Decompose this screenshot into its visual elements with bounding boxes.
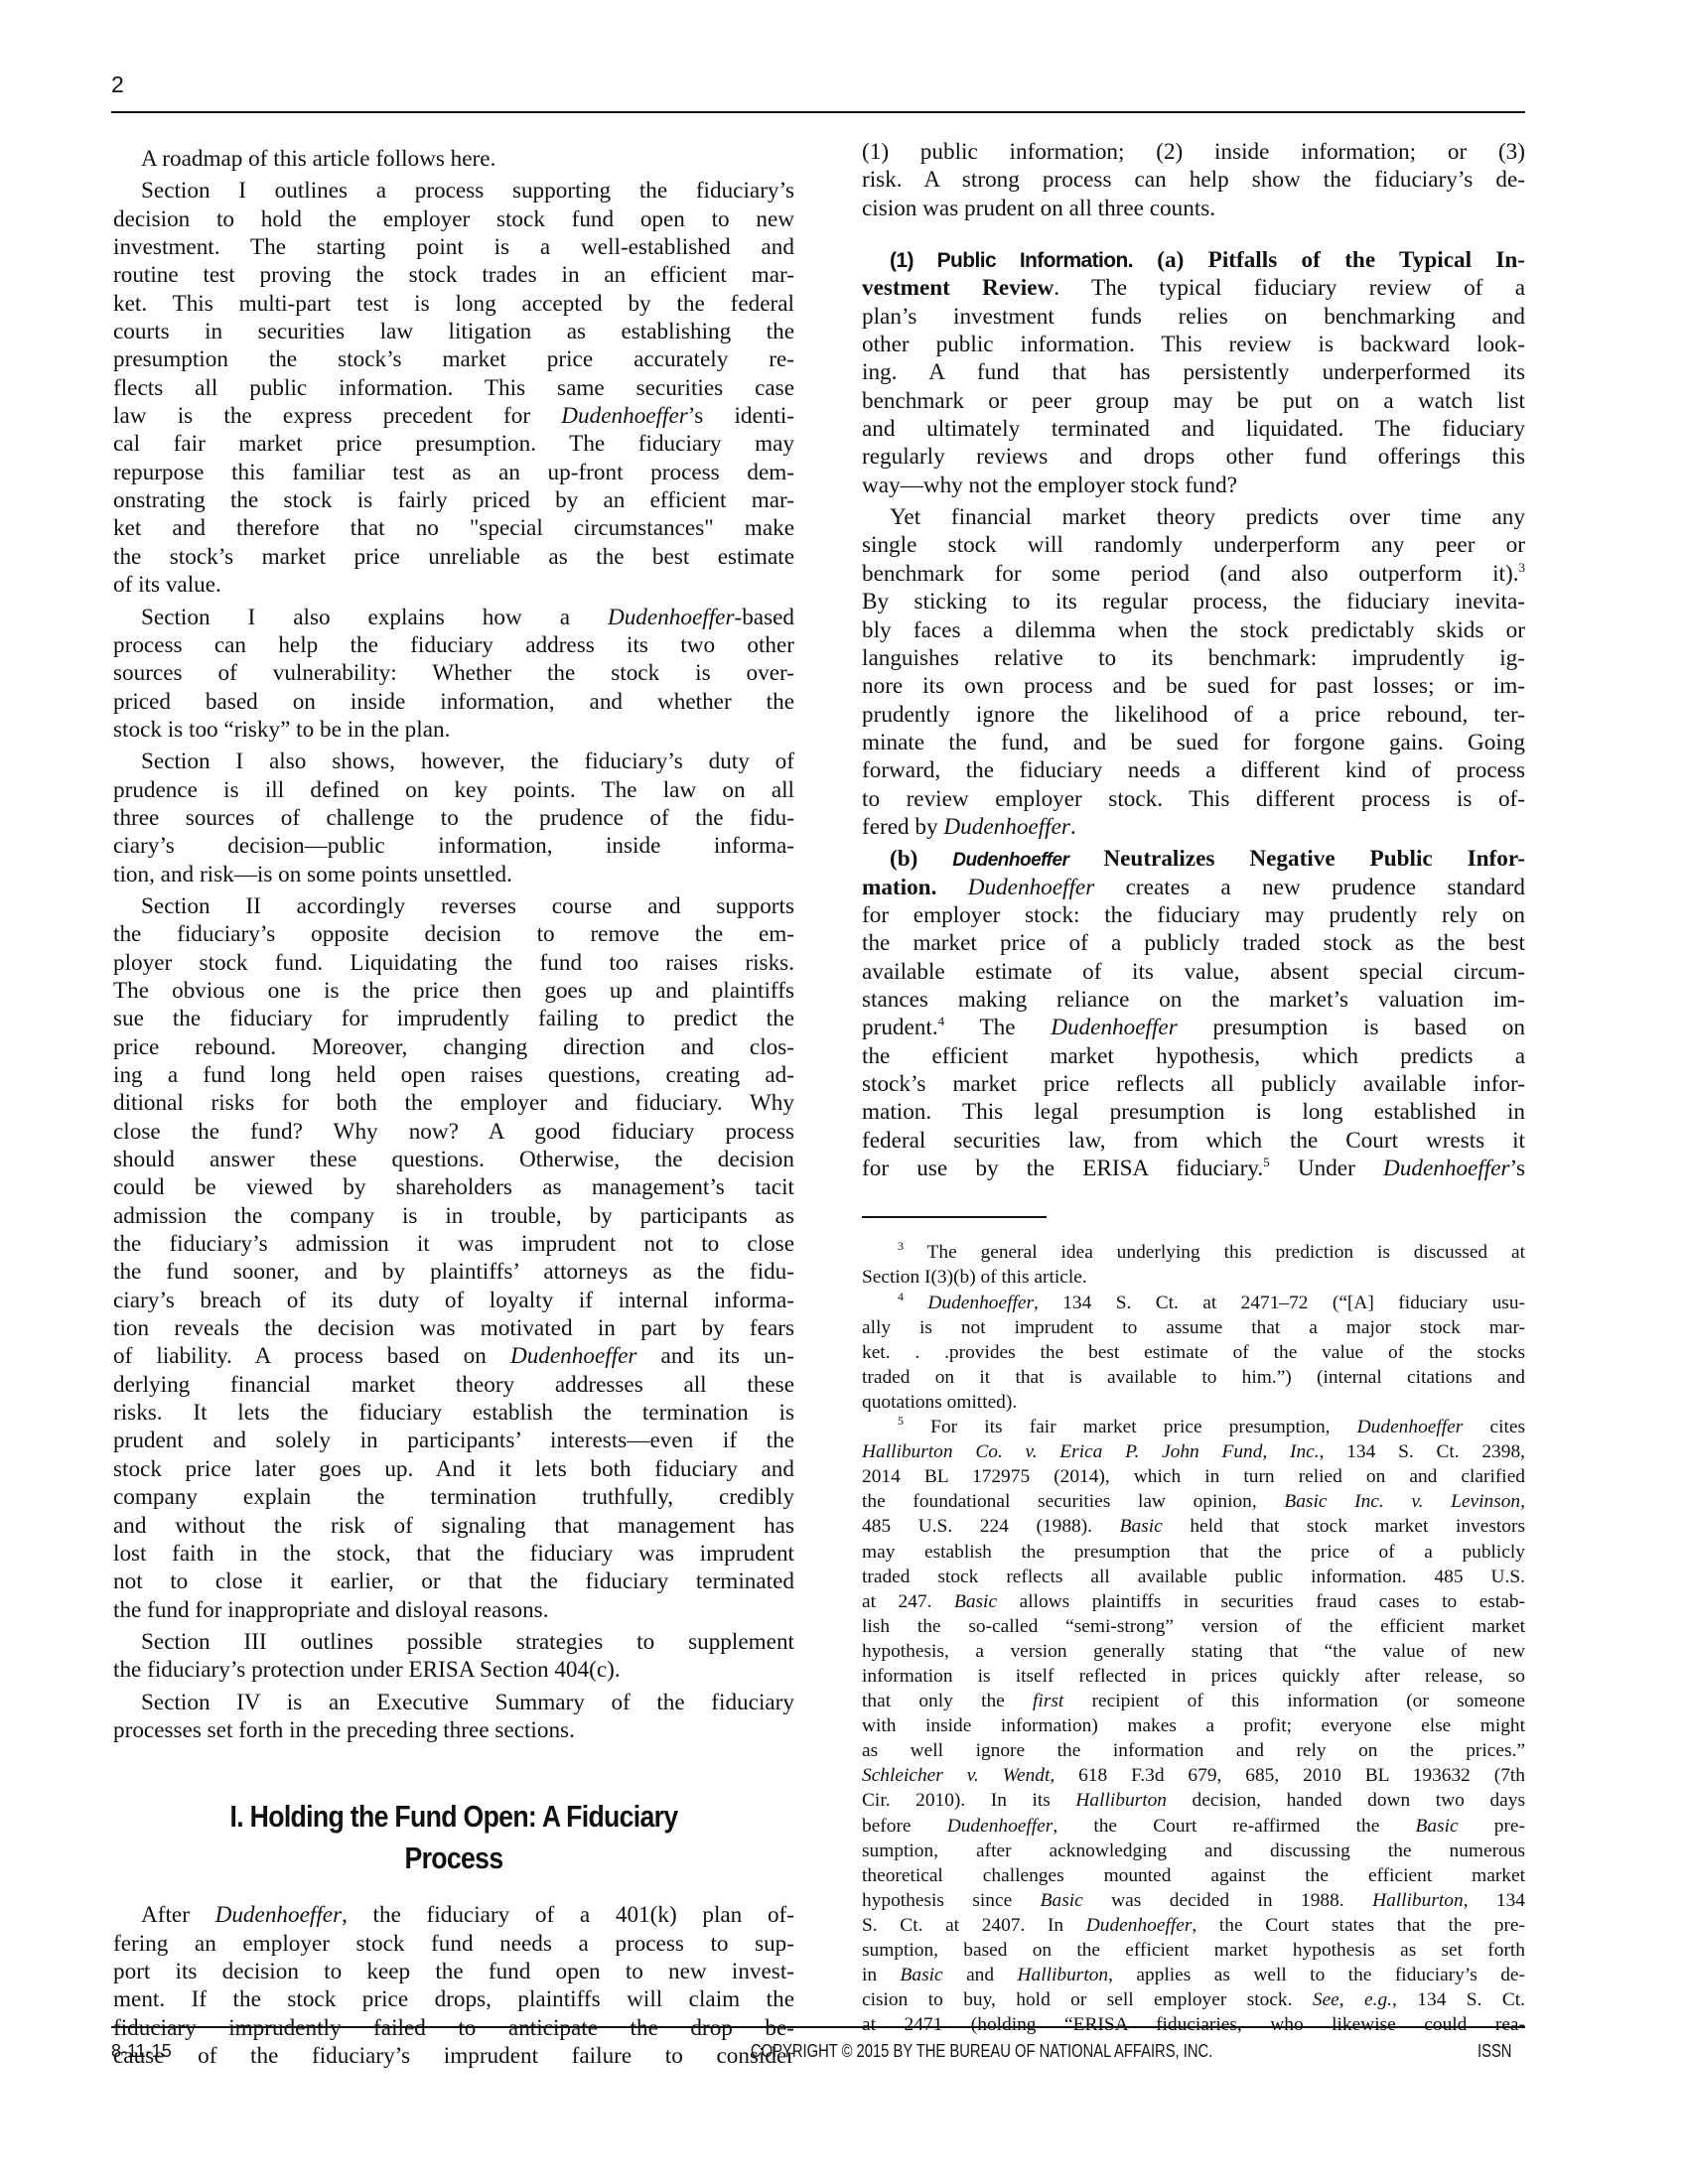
text-line: for employer stock: the fiduciary may pr… bbox=[862, 901, 1525, 929]
text-run: Yet financial market theory predicts ove… bbox=[890, 504, 1525, 530]
text-run: Section II accordingly reverses course a… bbox=[141, 893, 794, 919]
text-line: 485 U.S. 224 (1988). Basic held that sto… bbox=[862, 1514, 1525, 1539]
text-run: sue the fiduciary for imprudently failin… bbox=[113, 1006, 794, 1031]
text-run: bly faces a dilemma when the stock predi… bbox=[862, 617, 1525, 643]
text-run: Dudenhoeffer bbox=[927, 1293, 1034, 1313]
text-run: Basic bbox=[1416, 1816, 1459, 1837]
text-run: the efficient market hypothesis, which p… bbox=[862, 1043, 1525, 1069]
text-run: that only the bbox=[862, 1691, 1033, 1711]
text-line: ployer stock fund. Liquidating the fund … bbox=[113, 949, 794, 977]
text-run: cision was prudent on all three counts. bbox=[862, 196, 1215, 221]
text-run: the fund sooner, and by plaintiffs’ atto… bbox=[113, 1259, 794, 1285]
text-run: priced based on inside information, and … bbox=[113, 689, 794, 715]
text-line: for use by the ERISA fiduciary.5 Under D… bbox=[862, 1155, 1525, 1182]
text-run: By sticking to its regular process, the … bbox=[862, 589, 1525, 614]
text-run: forward, the fiduciary needs a different… bbox=[862, 757, 1525, 783]
text-line: onstrating the stock is fairly priced by… bbox=[113, 486, 794, 514]
text-run: prudent and solely in participants’ inte… bbox=[113, 1428, 794, 1453]
text-line: the fiduciary’s opposite decision to rem… bbox=[113, 920, 794, 948]
text-run: the stock’s market price unreliable as t… bbox=[113, 544, 794, 570]
text-run: law is the express precedent for bbox=[113, 403, 561, 429]
text-run: way—why not the employer stock fund? bbox=[862, 473, 1237, 498]
text-line: By sticking to its regular process, the … bbox=[862, 588, 1525, 615]
text-run: , the Court re-affirmed the bbox=[1053, 1816, 1415, 1837]
text-line: hypothesis since Basic was decided in 19… bbox=[862, 1888, 1525, 1913]
text-run: , 618 F.3d 679, 685, 2010 BL 193632 (7th bbox=[1050, 1765, 1525, 1786]
footnote-rule bbox=[862, 1216, 1047, 1218]
text-run: stances making reliance on the market’s … bbox=[862, 987, 1525, 1013]
text-line: Schleicher v. Wendt, 618 F.3d 679, 685, … bbox=[862, 1763, 1525, 1788]
text-run bbox=[936, 875, 967, 900]
text-run: onstrating the stock is fairly priced by… bbox=[113, 487, 794, 513]
paragraph: Section I also shows, however, the fiduc… bbox=[113, 748, 794, 888]
text-line: (1) Public Information. (a) Pitfalls of … bbox=[862, 246, 1525, 274]
text-run: and without the risk of signaling that m… bbox=[113, 1513, 794, 1539]
text-run: recipient of this information (or someon… bbox=[1063, 1691, 1525, 1711]
text-line: sumption, after acknowledging and discus… bbox=[862, 1839, 1525, 1863]
text-line: risks. It lets the fiduciary establish t… bbox=[113, 1399, 794, 1427]
right-column: (1) public information; (2) inside infor… bbox=[862, 138, 1525, 2037]
text-line: cision was prudent on all three counts. bbox=[862, 195, 1525, 222]
text-line: (1) public information; (2) inside infor… bbox=[862, 138, 1525, 166]
text-line: the efficient market hypothesis, which p… bbox=[862, 1042, 1525, 1070]
text-run: , the Court states that the pre- bbox=[1192, 1915, 1525, 1936]
footnote-5: 5 For its fair market price presumption,… bbox=[862, 1415, 1525, 2037]
text-line: sumption, based on the efficient market … bbox=[862, 1938, 1525, 1963]
text-line: plan’s investment funds relies on benchm… bbox=[862, 303, 1525, 331]
text-line: other public information. This review is… bbox=[862, 331, 1525, 358]
text-run: port its decision to keep the fund open … bbox=[113, 1959, 794, 1984]
text-run: Dudenhoeffer bbox=[952, 850, 1068, 871]
text-run: with inside information) makes a profit;… bbox=[862, 1715, 1525, 1736]
text-line: ing a fund long held open raises questio… bbox=[113, 1061, 794, 1089]
footer-rule bbox=[111, 2026, 1525, 2028]
text-run: 485 U.S. 224 (1988). bbox=[862, 1516, 1120, 1537]
text-run: mation. bbox=[862, 875, 936, 900]
text-line: traded stock reflects all available publ… bbox=[862, 1565, 1525, 1589]
text-line: at 247. Basic allows plaintiffs in secur… bbox=[862, 1589, 1525, 1614]
section-heading: I. Holding the Fund Open: A FiduciaryPro… bbox=[113, 1796, 794, 1879]
text-run: in bbox=[862, 1965, 901, 1985]
text-run: cal fair market price presumption. The f… bbox=[113, 431, 794, 457]
text-line: process can help the fiduciary address i… bbox=[113, 631, 794, 659]
text-line: Section III outlines possible strategies… bbox=[113, 1628, 794, 1656]
text-run: sumption, after acknowledging and discus… bbox=[862, 1841, 1525, 1861]
text-line: Section II accordingly reverses course a… bbox=[113, 892, 794, 920]
text-run: ciary’s breach of its duty of loyalty if… bbox=[113, 1288, 794, 1313]
text-line: prudent and solely in participants’ inte… bbox=[113, 1427, 794, 1454]
text-run: hypothesis, a version generally stating … bbox=[862, 1641, 1525, 1662]
text-line: mation. This legal presumption is long e… bbox=[862, 1098, 1525, 1126]
text-run: before bbox=[862, 1816, 947, 1837]
text-run: Basic bbox=[954, 1591, 997, 1612]
text-run: quotations omitted). bbox=[862, 1392, 1017, 1413]
text-run: , applies as well to the fiduciary’s de- bbox=[1108, 1965, 1525, 1985]
text-run: fering an employer stock fund needs a pr… bbox=[113, 1931, 794, 1957]
text-run: tion reveals the decision was motivated … bbox=[113, 1315, 794, 1341]
text-run: (b) bbox=[890, 846, 952, 872]
text-run: company explain the termination truthful… bbox=[113, 1484, 794, 1510]
text-line: decision to hold the employer stock fund… bbox=[113, 205, 794, 233]
text-run: Cir. 2010). In its bbox=[862, 1790, 1075, 1811]
text-line: hypothesis, a version generally stating … bbox=[862, 1639, 1525, 1664]
text-line: A roadmap of this article follows here. bbox=[113, 145, 794, 173]
text-line: federal securities law, from which the C… bbox=[862, 1127, 1525, 1155]
text-line: cause of the fiduciary’s imprudent failu… bbox=[113, 2042, 794, 2070]
text-run: cites bbox=[1463, 1417, 1525, 1437]
text-run: Dudenhoeffer bbox=[561, 403, 688, 429]
footnote-4: 4 Dudenhoeffer, 134 S. Ct. at 2471–72 (“… bbox=[862, 1291, 1525, 1415]
text-line: three sources of challenge to the pruden… bbox=[113, 804, 794, 832]
text-line: ment. If the stock price drops, plaintif… bbox=[113, 1985, 794, 2013]
text-line: courts in securities law litigation as e… bbox=[113, 318, 794, 345]
text-run: lish the so-called “semi-strong” version… bbox=[862, 1616, 1525, 1637]
text-line: theoretical challenges mounted against t… bbox=[862, 1863, 1525, 1888]
text-run: and its un- bbox=[636, 1343, 794, 1369]
text-run: sumption, based on the efficient market … bbox=[862, 1940, 1525, 1961]
text-line: law is the express precedent for Dudenho… bbox=[113, 402, 794, 430]
text-run: (a) Pitfalls of the Typical In- bbox=[1157, 247, 1525, 273]
text-run: information is itself reflected in price… bbox=[862, 1666, 1525, 1687]
paragraph: A roadmap of this article follows here. bbox=[113, 145, 794, 173]
text-run: Section I(3)(b) of this article. bbox=[862, 1267, 1087, 1288]
text-line: information is itself reflected in price… bbox=[862, 1664, 1525, 1689]
text-line: traded on it that is available to him.”)… bbox=[862, 1365, 1525, 1390]
text-run: traded on it that is available to him.”)… bbox=[862, 1367, 1525, 1388]
text-run: the fiduciary’s opposite decision to rem… bbox=[113, 921, 794, 947]
text-run: Basic Inc. v. Levinson bbox=[1284, 1491, 1520, 1512]
text-run: Halliburton bbox=[1018, 1965, 1109, 1985]
text-run: decision, handed down two days bbox=[1167, 1790, 1525, 1811]
footnote-spacer bbox=[862, 1186, 1525, 1216]
text-run: Dudenhoeffer bbox=[608, 605, 735, 630]
text-run: single stock will randomly underperform … bbox=[862, 532, 1525, 558]
text-line: stances making reliance on the market’s … bbox=[862, 986, 1525, 1014]
text-line: investment. The starting point is a well… bbox=[113, 233, 794, 261]
text-line: risk. A strong process can help show the… bbox=[862, 166, 1525, 194]
text-run: of its value. bbox=[113, 572, 221, 598]
text-run: (1) public information; (2) inside infor… bbox=[862, 139, 1525, 165]
text-run: Dudenhoeffer bbox=[1086, 1915, 1193, 1936]
text-run: presumption is based on bbox=[1178, 1015, 1525, 1040]
text-line: the market price of a publicly traded st… bbox=[862, 929, 1525, 957]
text-run: and bbox=[943, 1965, 1018, 1985]
text-run: prudently ignore the likelihood of a pri… bbox=[862, 702, 1525, 728]
text-line: way—why not the employer stock fund? bbox=[862, 472, 1525, 499]
page-number: 2 bbox=[111, 71, 124, 98]
text-run: to review employer stock. This different… bbox=[862, 786, 1525, 812]
text-run: Basic bbox=[1120, 1516, 1163, 1537]
text-run: Halliburton bbox=[1372, 1890, 1464, 1911]
text-run: Dudenhoeffer bbox=[1051, 1015, 1178, 1040]
text-run: languishes relative to its benchmark: im… bbox=[862, 645, 1525, 671]
text-run: ing a fund long held open raises questio… bbox=[113, 1062, 794, 1088]
text-run: Halliburton Co. v. Erica P. John Fund, I… bbox=[862, 1441, 1320, 1462]
text-run: allows plaintiffs in securities fraud ca… bbox=[997, 1591, 1525, 1612]
text-line: Section I also explains how a Dudenhoeff… bbox=[113, 604, 794, 631]
text-line: fering an employer stock fund needs a pr… bbox=[113, 1930, 794, 1958]
text-line: Section IV is an Executive Summary of th… bbox=[113, 1689, 794, 1716]
text-run: benchmark or peer group may be put on a … bbox=[862, 388, 1525, 414]
text-run: courts in securities law litigation as e… bbox=[113, 319, 794, 344]
text-line: at 2471 (holding “ERISA fiduciaries, who… bbox=[862, 2012, 1525, 2037]
text-line: minate the fund, and be sued for forgone… bbox=[862, 729, 1525, 756]
text-line: the fund for inappropriate and disloyal … bbox=[113, 1596, 794, 1624]
text-run: A roadmap of this article follows here. bbox=[141, 146, 495, 172]
text-run: regularly reviews and drops other fund o… bbox=[862, 444, 1525, 470]
text-line: tion, and risk—is on some points unsettl… bbox=[113, 861, 794, 888]
text-run: at 2471 (holding “ERISA fiduciaries, who… bbox=[862, 2014, 1525, 2035]
footnote-3: 3 The general idea underlying this predi… bbox=[862, 1240, 1525, 1290]
text-line: forward, the fiduciary needs a different… bbox=[862, 756, 1525, 784]
text-line: before Dudenhoeffer, the Court re-affirm… bbox=[862, 1814, 1525, 1839]
text-line: ket. This multi-part test is long accept… bbox=[113, 290, 794, 318]
text-run: ket. . .provides the best estimate of th… bbox=[862, 1342, 1525, 1363]
text-line: repurpose this familiar test as an up-fr… bbox=[113, 459, 794, 486]
text-line: to review employer stock. This different… bbox=[862, 785, 1525, 813]
text-line: cal fair market price presumption. The f… bbox=[113, 430, 794, 458]
paragraph: Yet financial market theory predicts ove… bbox=[862, 503, 1525, 841]
text-line: stock price later goes up. And it lets b… bbox=[113, 1455, 794, 1483]
text-line: the foundational securities law opinion,… bbox=[862, 1489, 1525, 1514]
text-run: three sources of challenge to the pruden… bbox=[113, 805, 794, 831]
text-run: price rebound. Moreover, changing direct… bbox=[113, 1034, 794, 1060]
text-run: the fund for inappropriate and disloyal … bbox=[113, 1597, 549, 1623]
text-run: Dudenhoeffer bbox=[1357, 1417, 1464, 1437]
text-line: Yet financial market theory predicts ove… bbox=[862, 503, 1525, 531]
text-run: stock is too “risky” to be in the plan. bbox=[113, 717, 450, 743]
text-run: close the fund? Why now? A good fiduciar… bbox=[113, 1119, 794, 1145]
text-line: single stock will randomly underperform … bbox=[862, 531, 1525, 559]
text-line: lost faith in the stock, that the fiduci… bbox=[113, 1540, 794, 1568]
text-line: ciary’s breach of its duty of loyalty if… bbox=[113, 1287, 794, 1314]
header-rule bbox=[111, 111, 1525, 113]
text-run: plan’s investment funds relies on benchm… bbox=[862, 304, 1525, 330]
text-run: ’s bbox=[1510, 1156, 1525, 1181]
text-line: ditional risks for both the employer and… bbox=[113, 1089, 794, 1117]
paragraph: After Dudenhoeffer, the fiduciary of a 4… bbox=[113, 1901, 794, 2070]
text-line: the fiduciary’s admission it was imprude… bbox=[113, 1230, 794, 1258]
text-line: After Dudenhoeffer, the fiduciary of a 4… bbox=[113, 1901, 794, 1929]
text-run: nore its own process and be sued for pas… bbox=[862, 673, 1525, 699]
text-run: should answer these questions. Otherwise… bbox=[113, 1147, 794, 1172]
text-line: nore its own process and be sued for pas… bbox=[862, 672, 1525, 700]
text-run: and ultimately terminated and liquidated… bbox=[862, 416, 1525, 442]
text-run: mation. This legal presumption is long e… bbox=[862, 1099, 1525, 1125]
text-run: (1) Public Information. bbox=[890, 249, 1133, 272]
text-run: fered by bbox=[862, 814, 943, 840]
text-line: in Basic and Halliburton, applies as wel… bbox=[862, 1963, 1525, 1987]
text-run: routine test proving the stock trades in… bbox=[113, 262, 794, 288]
text-line: priced based on inside information, and … bbox=[113, 688, 794, 716]
text-run: available estimate of its value, absent … bbox=[862, 959, 1525, 985]
text-run: prudent. bbox=[862, 1015, 938, 1040]
text-run bbox=[1133, 247, 1157, 273]
text-run: Schleicher v. Wendt bbox=[862, 1765, 1050, 1786]
text-run bbox=[904, 1293, 927, 1313]
text-run: ciary’s decision—public information, ins… bbox=[113, 833, 794, 859]
text-run: vestment Review bbox=[862, 275, 1054, 301]
text-line: 4 Dudenhoeffer, 134 S. Ct. at 2471–72 (“… bbox=[862, 1291, 1525, 1315]
paragraph: Section I outlines a process supporting … bbox=[113, 177, 794, 599]
text-run: ally is not imprudent to assume that a m… bbox=[862, 1317, 1525, 1338]
text-line: flects all public information. This same… bbox=[113, 374, 794, 402]
text-line: quotations omitted). bbox=[862, 1390, 1525, 1415]
text-line: benchmark or peer group may be put on a … bbox=[862, 387, 1525, 415]
text-run: Section I outlines a process supporting … bbox=[141, 178, 794, 204]
text-line: could be viewed by shareholders as manag… bbox=[113, 1173, 794, 1201]
text-run: Under bbox=[1270, 1156, 1383, 1181]
text-run: ment. If the stock price drops, plaintif… bbox=[113, 1986, 794, 2012]
footer-issn: ISSN bbox=[1477, 2041, 1511, 2062]
text-run: decision to hold the employer stock fund… bbox=[113, 206, 794, 232]
text-line: The obvious one is the price then goes u… bbox=[113, 977, 794, 1005]
text-line: of its value. bbox=[113, 571, 794, 599]
text-run: hypothesis since bbox=[862, 1890, 1041, 1911]
text-run: not to close it earlier, or that the fid… bbox=[113, 1569, 794, 1594]
text-line: the fund sooner, and by plaintiffs’ atto… bbox=[113, 1258, 794, 1286]
text-line: benchmark for some period (and also outp… bbox=[862, 560, 1525, 588]
text-run: ket. This multi-part test is long accept… bbox=[113, 291, 794, 317]
text-line: prudently ignore the likelihood of a pri… bbox=[862, 701, 1525, 729]
text-run: Dudenhoeffer bbox=[1383, 1156, 1510, 1181]
text-line: presumption the stock’s market price acc… bbox=[113, 345, 794, 373]
text-line: may establish the presumption that the p… bbox=[862, 1540, 1525, 1565]
text-run: traded stock reflects all available publ… bbox=[862, 1567, 1525, 1587]
text-run: theoretical challenges mounted against t… bbox=[862, 1865, 1525, 1886]
text-run: risk. A strong process can help show the… bbox=[862, 167, 1525, 193]
text-run: the fiduciary’s admission it was imprude… bbox=[113, 1231, 794, 1257]
text-run: sources of vulnerability: Whether the st… bbox=[113, 660, 794, 686]
text-line: sources of vulnerability: Whether the st… bbox=[113, 659, 794, 687]
text-run: benchmark for some period (and also outp… bbox=[862, 561, 1519, 587]
text-run: The general idea underlying this predict… bbox=[904, 1242, 1525, 1263]
text-line: company explain the termination truthful… bbox=[113, 1483, 794, 1511]
text-run: risks. It lets the fiduciary establish t… bbox=[113, 1400, 794, 1426]
paragraph: (1) Public Information. (a) Pitfalls of … bbox=[862, 246, 1525, 499]
text-run: stock price later goes up. And it lets b… bbox=[113, 1456, 794, 1482]
text-run: the market price of a publicly traded st… bbox=[862, 930, 1525, 956]
text-line: ket. . .provides the best estimate of th… bbox=[862, 1340, 1525, 1365]
text-run: Dudenhoeffer bbox=[510, 1343, 637, 1369]
text-run: , the fiduciary of a 401(k) plan of- bbox=[342, 1902, 794, 1928]
paragraph: Section I also explains how a Dudenhoeff… bbox=[113, 604, 794, 745]
text-run: , 134 S. Ct. at 2471–72 (“[A] fiduciary … bbox=[1034, 1293, 1525, 1313]
text-run: prudence is ill defined on key points. T… bbox=[113, 777, 794, 803]
text-line: with inside information) makes a profit;… bbox=[862, 1713, 1525, 1738]
text-line: price rebound. Moreover, changing direct… bbox=[113, 1033, 794, 1061]
text-run: presumption the stock’s market price acc… bbox=[113, 346, 794, 372]
text-line: stock is too “risky” to be in the plan. bbox=[113, 716, 794, 744]
text-line: cision to buy, hold or sell employer sto… bbox=[862, 1987, 1525, 2012]
text-run: admission the company is in trouble, by … bbox=[113, 1203, 794, 1229]
text-line: that only the first recipient of this in… bbox=[862, 1689, 1525, 1713]
text-run: The obvious one is the price then goes u… bbox=[113, 978, 794, 1004]
text-line: prudent.4 The Dudenhoeffer presumption i… bbox=[862, 1014, 1525, 1041]
text-line: processes set forth in the preceding thr… bbox=[113, 1716, 794, 1744]
text-line: vestment Review. The typical fiduciary r… bbox=[862, 274, 1525, 302]
text-run: ditional risks for both the employer and… bbox=[113, 1090, 794, 1116]
text-run: After bbox=[141, 1902, 215, 1928]
text-line: Section I outlines a process supporting … bbox=[113, 177, 794, 205]
text-line: 5 For its fair market price presumption,… bbox=[862, 1415, 1525, 1439]
text-run: the foundational securities law opinion, bbox=[862, 1491, 1284, 1512]
footer-date: 8-11-15 bbox=[111, 2041, 172, 2062]
text-line: close the fund? Why now? A good fiduciar… bbox=[113, 1118, 794, 1146]
text-line: S. Ct. at 2407. In Dudenhoeffer, the Cou… bbox=[862, 1913, 1525, 1938]
text-run: could be viewed by shareholders as manag… bbox=[113, 1174, 794, 1200]
text-run: . The typical fiduciary review of a bbox=[1054, 275, 1525, 301]
text-line: fered by Dudenhoeffer. bbox=[862, 813, 1525, 841]
paragraph: Section II accordingly reverses course a… bbox=[113, 892, 794, 1624]
text-run: other public information. This review is… bbox=[862, 332, 1525, 357]
text-line: ally is not imprudent to assume that a m… bbox=[862, 1315, 1525, 1340]
text-line: ing. A fund that has persistently underp… bbox=[862, 358, 1525, 386]
text-run: for employer stock: the fiduciary may pr… bbox=[862, 902, 1525, 928]
text-run: -based bbox=[734, 605, 794, 630]
footnote-marker: 3 bbox=[1519, 560, 1526, 575]
text-run: , 134 S. Ct. 2398, bbox=[1320, 1441, 1525, 1462]
footer-copyright: COPYRIGHT © 2015 BY THE BUREAU OF NATION… bbox=[751, 2041, 1212, 2062]
paragraph: Section IV is an Executive Summary of th… bbox=[113, 1689, 794, 1745]
paragraph: (1) public information; (2) inside infor… bbox=[862, 138, 1525, 222]
left-column: A roadmap of this article follows here.S… bbox=[113, 145, 794, 2074]
text-line: and without the risk of signaling that m… bbox=[113, 1512, 794, 1540]
heading-line: I. Holding the Fund Open: A Fiduciary bbox=[161, 1796, 747, 1838]
text-run: ’s identi- bbox=[688, 403, 794, 429]
text-run: repurpose this familiar test as an up-fr… bbox=[113, 460, 794, 485]
text-run: as well ignore the information and rely … bbox=[862, 1740, 1525, 1761]
text-run: Section IV is an Executive Summary of th… bbox=[141, 1690, 794, 1715]
text-run: of liability. A process based on bbox=[113, 1343, 510, 1369]
text-line: stock’s market price reflects all public… bbox=[862, 1070, 1525, 1098]
text-line: Cir. 2010). In its Halliburton decision,… bbox=[862, 1788, 1525, 1813]
text-line: lish the so-called “semi-strong” version… bbox=[862, 1614, 1525, 1639]
text-line: should answer these questions. Otherwise… bbox=[113, 1146, 794, 1173]
heading-line: Process bbox=[161, 1838, 747, 1879]
text-run: process can help the fiduciary address i… bbox=[113, 632, 794, 658]
text-line: 3 The general idea underlying this predi… bbox=[862, 1240, 1525, 1265]
text-line: prudence is ill defined on key points. T… bbox=[113, 776, 794, 804]
text-line: derlying financial market theory address… bbox=[113, 1371, 794, 1399]
text-run: held that stock market investors bbox=[1163, 1516, 1525, 1537]
text-run: at 247. bbox=[862, 1591, 954, 1612]
text-run: , bbox=[1520, 1491, 1525, 1512]
text-line: the fiduciary’s protection under ERISA S… bbox=[113, 1656, 794, 1684]
text-line: available estimate of its value, absent … bbox=[862, 958, 1525, 986]
right-column-body: (1) public information; (2) inside infor… bbox=[862, 138, 1525, 1182]
text-run: Halliburton bbox=[1075, 1790, 1167, 1811]
text-run: cause of the fiduciary’s imprudent failu… bbox=[113, 2043, 794, 2069]
text-run: federal securities law, from which the C… bbox=[862, 1128, 1525, 1154]
text-line: languishes relative to its benchmark: im… bbox=[862, 644, 1525, 672]
text-run: Dudenhoeffer bbox=[968, 875, 1095, 900]
text-run: processes set forth in the preceding thr… bbox=[113, 1717, 575, 1743]
text-run: , 134 bbox=[1464, 1890, 1525, 1911]
footnotes: 3 The general idea underlying this predi… bbox=[862, 1240, 1525, 2037]
text-run: 2014 BL 172975 (2014), which in turn rel… bbox=[862, 1466, 1525, 1487]
text-line: the stock’s market price unreliable as t… bbox=[113, 543, 794, 571]
text-run: may establish the presumption that the p… bbox=[862, 1542, 1525, 1563]
paragraph: (b) Dudenhoeffer Neutralizes Negative Pu… bbox=[862, 845, 1525, 1182]
text-run: Section III outlines possible strategies… bbox=[141, 1629, 794, 1655]
text-line: port its decision to keep the fund open … bbox=[113, 1958, 794, 1985]
text-run: Dudenhoeffer bbox=[215, 1902, 343, 1928]
text-line: mation. Dudenhoeffer creates a new prude… bbox=[862, 874, 1525, 901]
text-run: pre- bbox=[1459, 1816, 1525, 1837]
text-line: admission the company is in trouble, by … bbox=[113, 1202, 794, 1230]
text-line: 2014 BL 172975 (2014), which in turn rel… bbox=[862, 1464, 1525, 1489]
